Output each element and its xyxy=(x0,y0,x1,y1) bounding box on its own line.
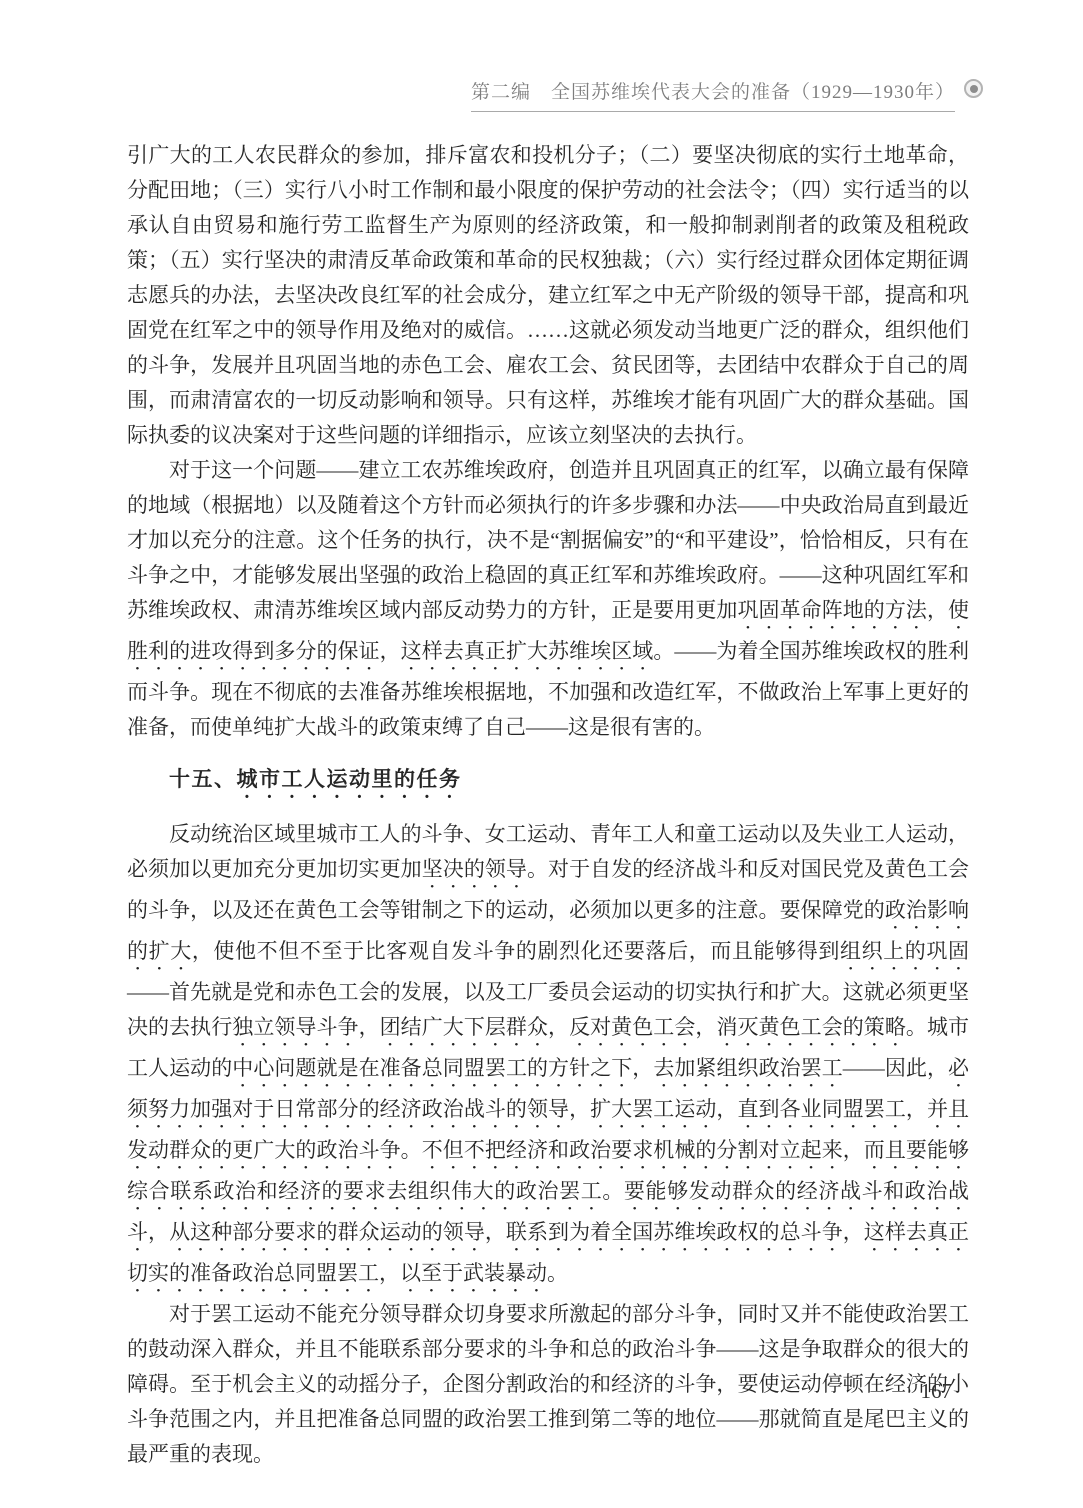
emphasized-text: 城市工人运动里的任务 xyxy=(237,768,462,791)
running-head: 第二编 全国苏维埃代表大会的准备（1929—1930年） xyxy=(471,77,983,112)
emphasized-text: 坚决的领导 xyxy=(422,857,527,881)
emphasized-text: 组织上的巩固 xyxy=(840,939,969,963)
paragraphs-container: 引广大的工人农民群众的参加，排斥富农和投机分子；（二）要坚决彻底的实行土地革命，… xyxy=(127,138,969,1472)
paragraph: 对于罢工运动不能充分领导群众切身要求所激起的部分斗争，同时又并不能使政治罢工的鼓… xyxy=(127,1297,969,1472)
emphasized-text: 独立领导斗争，团结广大下层群众，反对黄色工会，消灭黄色工会的策略。 xyxy=(232,1015,927,1039)
text-segment: 十五、 xyxy=(169,768,237,791)
text-segment: ——因此， xyxy=(843,1056,948,1080)
emphasized-text: 中心问题就是在准备总同盟罢工的方针之下，去加紧组织政治罢工 xyxy=(232,1056,843,1080)
emphasized-text: 必须努力加强对于日常部分的经济政治战斗的领导，扩大罢工运动，直到各业同盟罢工，并… xyxy=(127,1056,969,1285)
paragraph: 反动统治区域里城市工人的斗争、女工运动、青年工人和童工运动以及失业工人运动，必须… xyxy=(127,817,969,1297)
paragraph: 对于这一个问题——建立工农苏维埃政府，创造并且巩固真正的红军，以确立最有保障的地… xyxy=(127,453,969,745)
text-segment: 引广大的工人农民群众的参加，排斥富农和投机分子；（二）要坚决彻底的实行土地革命，… xyxy=(127,143,969,447)
page-number: 167 xyxy=(921,1379,953,1404)
running-head-title: 第二编 全国苏维埃代表大会的准备（1929—1930年） xyxy=(471,77,955,112)
paragraph: 引广大的工人农民群众的参加，排斥富农和投机分子；（二）要坚决彻底的实行土地革命，… xyxy=(127,138,969,453)
page-body: 引广大的工人农民群众的参加，排斥富农和投机分子；（二）要坚决彻底的实行土地革命，… xyxy=(127,138,969,1472)
text-segment: 对于罢工运动不能充分领导群众切身要求所激起的部分斗争，同时又并不能使政治罢工的鼓… xyxy=(127,1302,969,1466)
bullseye-icon xyxy=(964,79,983,98)
book-page: 第二编 全国苏维埃代表大会的准备（1929—1930年） 引广大的工人农民群众的… xyxy=(0,0,1083,1508)
section-heading: 十五、城市工人运动里的任务 xyxy=(127,762,969,803)
text-segment: ，使他不但不至于比客观自发斗争的剧烈化还要落后，而且能够得到 xyxy=(192,939,840,963)
bullseye-dot xyxy=(970,85,978,93)
